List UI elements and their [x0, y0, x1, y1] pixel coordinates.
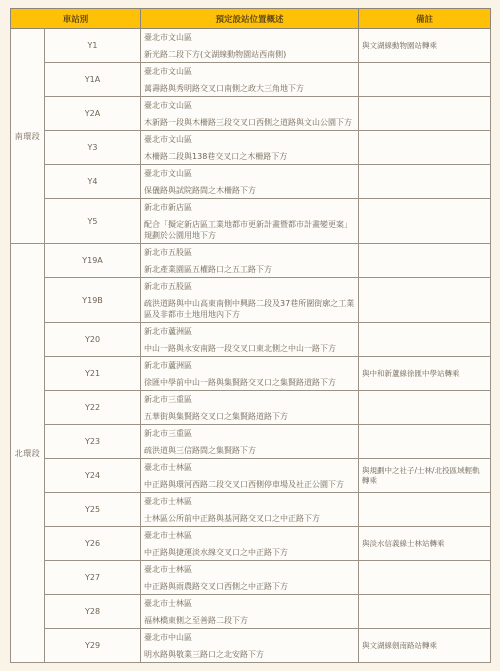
table-row: Y25 臺北市士林區 士林區公所前中正路與基河路交叉口之中正路下方: [11, 493, 491, 527]
table-row: Y29 臺北市中山區 明水路與敬業三路口之北安路下方 與文湖線劍南路站轉乘: [11, 629, 491, 663]
location-cell: 臺北市文山區 木柵路二段與138巷交叉口之木柵路下方: [141, 131, 359, 165]
col-header-station: 車站別: [11, 9, 141, 29]
page-background: 車站別 預定設站位置概述 備註 南環段 Y1 臺北市文山區 新光路二段下方(文湖…: [0, 0, 500, 671]
station-code: Y24: [45, 459, 141, 493]
location-text: 疏洪道路與中山高東南側中興路二段及37巷所圍街廓之工業區及非都市土地用地內下方: [144, 298, 355, 320]
table-row: Y23 新北市三重區 疏洪道與三信路間之集賢路下方: [11, 425, 491, 459]
remark-cell: 與中和新蘆線徐匯中學站轉乘: [359, 357, 491, 391]
district-text: 臺北市士林區: [144, 564, 355, 575]
remark-cell: [359, 165, 491, 199]
location-text: 木柵路二段與138巷交叉口之木柵路下方: [144, 151, 355, 162]
location-text: 五華街與集賢路交叉口之集賢路道路下方: [144, 411, 355, 422]
location-cell: 臺北市文山區 保儀路與試院路間之木柵路下方: [141, 165, 359, 199]
col-header-remark: 備註: [359, 9, 491, 29]
remark-cell: [359, 244, 491, 278]
remark-cell: [359, 63, 491, 97]
location-text: 中正路與捷運淡水線交叉口之中正路下方: [144, 547, 355, 558]
location-cell: 新北市三重區 五華街與集賢路交叉口之集賢路道路下方: [141, 391, 359, 425]
location-cell: 臺北市文山區 新光路二段下方(文湖線動物園站西南側): [141, 29, 359, 63]
station-code: Y26: [45, 527, 141, 561]
location-cell: 臺北市士林區 中正路與環河西路二段交叉口西側停車場及社正公園下方: [141, 459, 359, 493]
remark-cell: [359, 199, 491, 244]
remark-cell: [359, 97, 491, 131]
station-code: Y27: [45, 561, 141, 595]
location-text: 福林橋東側之至善路二段下方: [144, 615, 355, 626]
table-row: 南環段 Y1 臺北市文山區 新光路二段下方(文湖線動物園站西南側) 與文湖線動物…: [11, 29, 491, 63]
district-text: 臺北市士林區: [144, 462, 355, 473]
location-cell: 新北市新店區 配合「擬定新店區工業地都市更新計畫暨都市計畫變更案」規劃於公園用地…: [141, 199, 359, 244]
location-cell: 新北市三重區 疏洪道與三信路間之集賢路下方: [141, 425, 359, 459]
location-text: 萬壽路與秀明路交叉口南側之政大三角地下方: [144, 83, 355, 94]
location-text: 配合「擬定新店區工業地都市更新計畫暨都市計畫變更案」規劃於公園用地下方: [144, 219, 355, 241]
station-code: Y21: [45, 357, 141, 391]
district-text: 臺北市士林區: [144, 496, 355, 507]
district-text: 臺北市士林區: [144, 530, 355, 541]
location-text: 士林區公所前中正路與基河路交叉口之中正路下方: [144, 513, 355, 524]
table-row: Y5 新北市新店區 配合「擬定新店區工業地都市更新計畫暨都市計畫變更案」規劃於公…: [11, 199, 491, 244]
remark-cell: 與淡水信義線士林站轉乘: [359, 527, 491, 561]
location-cell: 新北市蘆洲區 中山一路與永安南路一段交叉口東北側之中山一路下方: [141, 323, 359, 357]
station-code: Y28: [45, 595, 141, 629]
district-text: 臺北市文山區: [144, 32, 355, 43]
col-header-location: 預定設站位置概述: [141, 9, 359, 29]
district-text: 新北市新店區: [144, 202, 355, 213]
district-text: 新北市蘆洲區: [144, 326, 355, 337]
location-text: 中山一路與永安南路一段交叉口東北側之中山一路下方: [144, 343, 355, 354]
location-text: 木新路一段與木柵路三段交叉口西側之道路與文山公園下方: [144, 117, 355, 128]
remark-cell: 與文湖線劍南路站轉乘: [359, 629, 491, 663]
location-cell: 臺北市士林區 士林區公所前中正路與基河路交叉口之中正路下方: [141, 493, 359, 527]
station-table: 車站別 預定設站位置概述 備註 南環段 Y1 臺北市文山區 新光路二段下方(文湖…: [10, 8, 491, 663]
table-row: Y27 臺北市士林區 中正路與雨農路交叉口西側之中正路下方: [11, 561, 491, 595]
station-code: Y20: [45, 323, 141, 357]
table-row: 北環段 Y19A 新北市五股區 新北產業園區五權路口之五工路下方: [11, 244, 491, 278]
location-cell: 新北市五股區 疏洪道路與中山高東南側中興路二段及37巷所圍街廓之工業區及非都市土…: [141, 278, 359, 323]
station-code: Y3: [45, 131, 141, 165]
station-code: Y5: [45, 199, 141, 244]
remark-cell: [359, 391, 491, 425]
location-text: 中正路與雨農路交叉口西側之中正路下方: [144, 581, 355, 592]
district-text: 臺北市文山區: [144, 168, 355, 179]
table-row: Y1A 臺北市文山區 萬壽路與秀明路交叉口南側之政大三角地下方: [11, 63, 491, 97]
remark-cell: [359, 323, 491, 357]
station-code: Y25: [45, 493, 141, 527]
district-text: 臺北市文山區: [144, 66, 355, 77]
location-text: 新北產業園區五權路口之五工路下方: [144, 264, 355, 275]
remark-cell: [359, 493, 491, 527]
location-cell: 臺北市文山區 木新路一段與木柵路三段交叉口西側之道路與文山公園下方: [141, 97, 359, 131]
station-code: Y2A: [45, 97, 141, 131]
location-text: 中正路與環河西路二段交叉口西側停車場及社正公園下方: [144, 479, 355, 490]
location-text: 明水路與敬業三路口之北安路下方: [144, 649, 355, 660]
station-code: Y29: [45, 629, 141, 663]
station-code: Y1A: [45, 63, 141, 97]
section-label-north: 北環段: [11, 244, 45, 663]
station-code: Y23: [45, 425, 141, 459]
remark-cell: [359, 425, 491, 459]
district-text: 新北市五股區: [144, 281, 355, 292]
station-code: Y22: [45, 391, 141, 425]
table-row: Y2A 臺北市文山區 木新路一段與木柵路三段交叉口西側之道路與文山公園下方: [11, 97, 491, 131]
table-row: Y26 臺北市士林區 中正路與捷運淡水線交叉口之中正路下方 與淡水信義線士林站轉…: [11, 527, 491, 561]
district-text: 新北市三重區: [144, 428, 355, 439]
location-text: 保儀路與試院路間之木柵路下方: [144, 185, 355, 196]
district-text: 臺北市中山區: [144, 632, 355, 643]
remark-cell: 與文湖線動物園站轉乘: [359, 29, 491, 63]
table-row: Y22 新北市三重區 五華街與集賢路交叉口之集賢路道路下方: [11, 391, 491, 425]
remark-cell: [359, 278, 491, 323]
table-row: Y28 臺北市士林區 福林橋東側之至善路二段下方: [11, 595, 491, 629]
station-code: Y19A: [45, 244, 141, 278]
location-cell: 新北市蘆洲區 徐匯中學前中山一路與集賢路交叉口之集賢路道路下方: [141, 357, 359, 391]
location-text: 徐匯中學前中山一路與集賢路交叉口之集賢路道路下方: [144, 377, 355, 388]
station-code: Y1: [45, 29, 141, 63]
table-row: Y3 臺北市文山區 木柵路二段與138巷交叉口之木柵路下方: [11, 131, 491, 165]
table-row: Y21 新北市蘆洲區 徐匯中學前中山一路與集賢路交叉口之集賢路道路下方 與中和新…: [11, 357, 491, 391]
station-code: Y19B: [45, 278, 141, 323]
district-text: 新北市三重區: [144, 394, 355, 405]
district-text: 新北市蘆洲區: [144, 360, 355, 371]
district-text: 臺北市文山區: [144, 134, 355, 145]
remark-cell: 與規劃中之社子/士林/北投區域輕軌轉乘: [359, 459, 491, 493]
remark-cell: [359, 561, 491, 595]
table-row: Y24 臺北市士林區 中正路與環河西路二段交叉口西側停車場及社正公園下方 與規劃…: [11, 459, 491, 493]
remark-cell: [359, 595, 491, 629]
location-cell: 新北市五股區 新北產業園區五權路口之五工路下方: [141, 244, 359, 278]
section-label-south: 南環段: [11, 29, 45, 244]
location-cell: 臺北市士林區 中正路與雨農路交叉口西側之中正路下方: [141, 561, 359, 595]
table-row: Y4 臺北市文山區 保儀路與試院路間之木柵路下方: [11, 165, 491, 199]
district-text: 臺北市士林區: [144, 598, 355, 609]
district-text: 臺北市文山區: [144, 100, 355, 111]
table-row: Y19B 新北市五股區 疏洪道路與中山高東南側中興路二段及37巷所圍街廓之工業區…: [11, 278, 491, 323]
remark-cell: [359, 131, 491, 165]
location-text: 疏洪道與三信路間之集賢路下方: [144, 445, 355, 456]
header-row: 車站別 預定設站位置概述 備註: [11, 9, 491, 29]
table-row: Y20 新北市蘆洲區 中山一路與永安南路一段交叉口東北側之中山一路下方: [11, 323, 491, 357]
location-text: 新光路二段下方(文湖線動物園站西南側): [144, 49, 355, 60]
station-code: Y4: [45, 165, 141, 199]
location-cell: 臺北市士林區 福林橋東側之至善路二段下方: [141, 595, 359, 629]
district-text: 新北市五股區: [144, 247, 355, 258]
location-cell: 臺北市中山區 明水路與敬業三路口之北安路下方: [141, 629, 359, 663]
location-cell: 臺北市文山區 萬壽路與秀明路交叉口南側之政大三角地下方: [141, 63, 359, 97]
location-cell: 臺北市士林區 中正路與捷運淡水線交叉口之中正路下方: [141, 527, 359, 561]
